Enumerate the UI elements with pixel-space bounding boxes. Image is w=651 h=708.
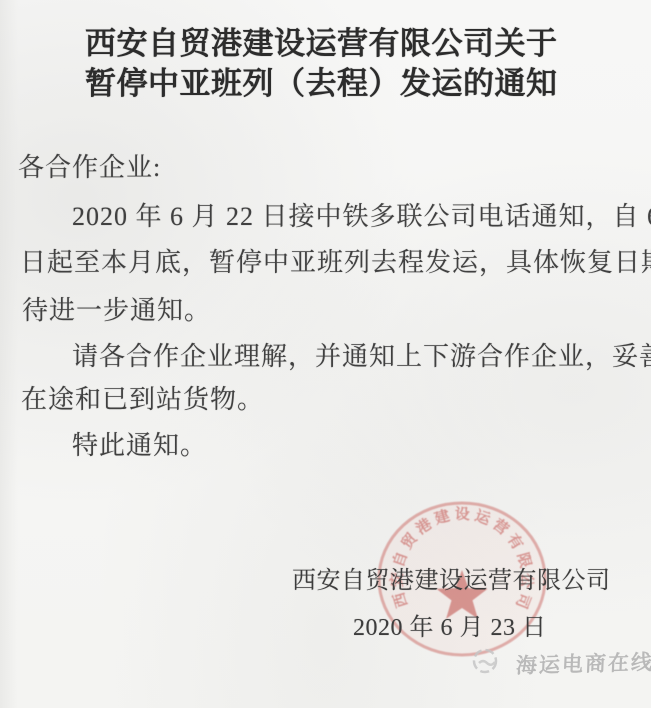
watermark-logo-icon <box>470 646 504 678</box>
body-line: 特此通知。 <box>72 425 207 462</box>
signature-date: 2020 年 6 月 23 日 <box>353 607 547 642</box>
body-line: 待进一步通知。 <box>22 290 211 327</box>
body-line: 2020 年 6 月 22 日接中铁多联公司电话通知，自 6 月 <box>72 196 651 233</box>
watermark-text: 海运电商在线 <box>515 646 651 680</box>
body-line: 在途和已到站货物。 <box>21 379 264 416</box>
notice-greeting: 各合作企业: <box>18 147 161 184</box>
notice-title-line2: 暂停中亚班列（去程）发运的通知 <box>85 58 558 103</box>
notice-title-line1: 西安自贸港建设运营有限公司关于 <box>85 18 558 63</box>
body-line: 日起至本月底，暂停中亚班列去程发运，具体恢复日期请 <box>20 242 651 279</box>
notice-document: 西安自贸港建设运营有限公司关于 暂停中亚班列（去程）发运的通知 各合作企业: 2… <box>0 0 651 708</box>
signature-company-name: 西安自贸港建设运营有限公司 <box>292 560 611 595</box>
body-line: 请各合作企业理解，并通知上下游合作企业，妥善处 <box>72 336 651 373</box>
